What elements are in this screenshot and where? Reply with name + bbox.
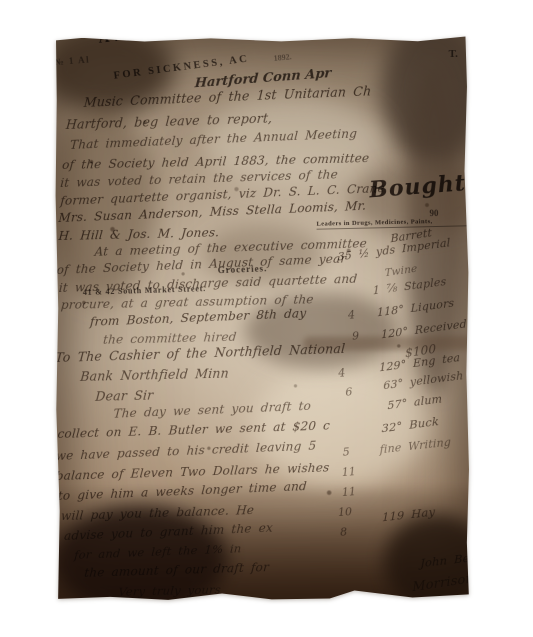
stamp-fragment-year: 1892. [273,52,292,63]
ledger-digit: 5 [342,445,350,458]
ledger-digit: 6 [345,385,353,398]
ledger-digit: 8 [340,525,348,538]
ledger-digit: 11 [341,485,356,499]
ledger-digit: 4 [348,308,356,321]
photo-canvas: A7 3II № 1 Al FOR SICKNESS, AC Hartford … [0,0,533,637]
handwritten-line: Dear Sir [95,388,154,404]
paper: A7 3II № 1 Al FOR SICKNESS, AC Hartford … [54,36,471,601]
manuscript-photo: A7 3II № 1 Al FOR SICKNESS, AC Hartford … [55,37,469,600]
printed-number-90: 90 [429,208,438,218]
handwritten-line: Very truly yours [118,582,222,598]
stamp-fragment-t: T. [449,48,458,60]
ledger-digit: 4 [338,366,346,379]
ledger-digit: 11 [341,465,356,479]
ledger-digit: 10 [338,505,353,519]
ledger-digit: 9 [352,329,360,342]
paper-content: Music Committee of the 1st Unitarian ChH… [54,36,468,38]
